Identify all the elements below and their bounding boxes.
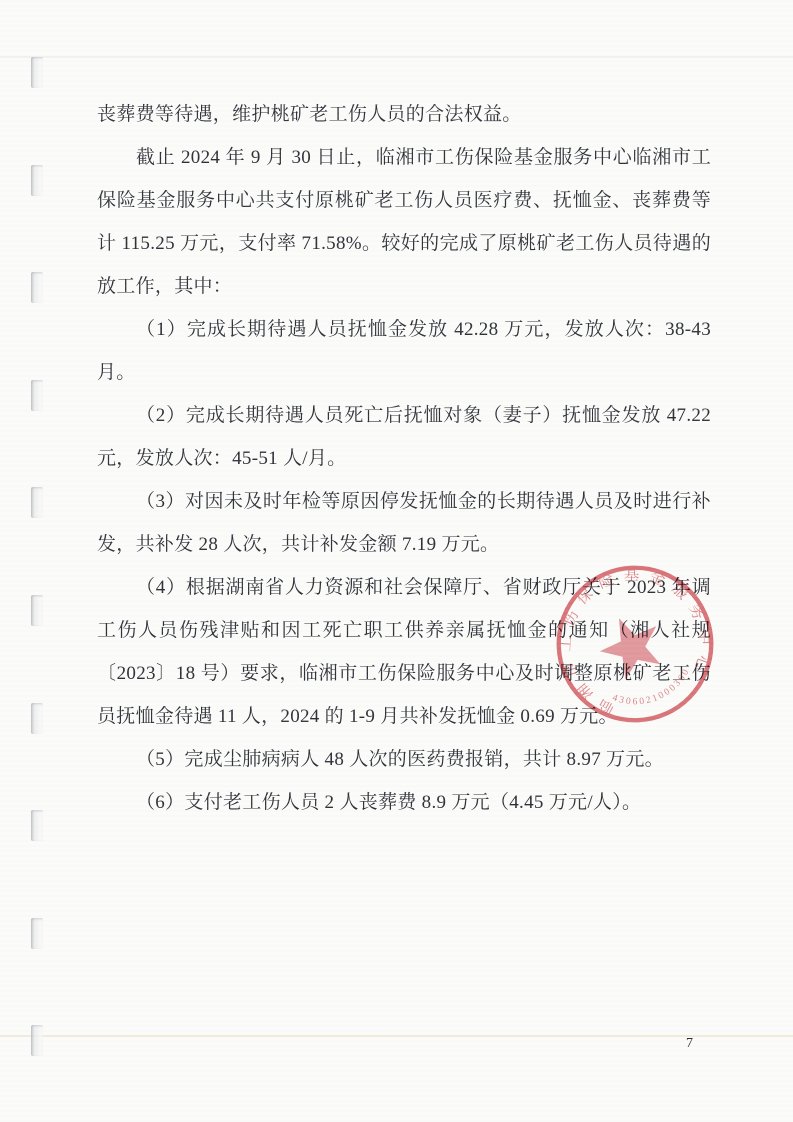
document-text: 丧葬费等待遇，维护桃矿老工伤人员的合法权益。截止 2024 年 9 月 30 日… [97,93,711,824]
page: 丧葬费等待遇，维护桃矿老工伤人员的合法权益。截止 2024 年 9 月 30 日… [0,0,793,1122]
text-line: （3）对因未及时年检等原因停发抚恤金的长期待遇人员及时进行补 [97,480,711,523]
text-line: （4）根据湖南省人力资源和社会保障厅、省财政厅关于 2023 年调整 [97,566,711,609]
scan-artifact-line [0,1035,793,1037]
binding-hole [31,380,43,411]
text-line: 月。 [97,351,711,394]
text-line: 工伤人员伤残津贴和因工死亡职工供养亲属抚恤金的通知（湘人社规 [97,609,711,652]
text-line: 员抚恤金待遇 11 人，2024 的 1-9 月共补发抚恤金 0.69 万元。 [97,695,711,738]
text-line: 保险基金服务中心共支付原桃矿老工伤人员医疗费、抚恤金、丧葬费等共 [97,179,711,222]
page-number: 7 [686,1036,693,1052]
binding-hole [31,595,43,626]
binding-hole [31,703,43,734]
text-line: （5）完成尘肺病病人 48 人次的医药费报销，共计 8.97 万元。 [97,738,711,781]
binding-hole [31,487,43,518]
text-line: （1）完成长期待遇人员抚恤金发放 42.28 万元，发放人次：38-43 人/ [97,308,711,351]
text-line: 截止 2024 年 9 月 30 日止，临湘市工伤保险基金服务中心临湘市工伤 [97,136,711,179]
text-line: 元，发放人次：45-51 人/月。 [97,437,711,480]
text-line: （6）支付老工伤人员 2 人丧葬费 8.9 万元（4.45 万元/人）。 [97,781,711,824]
binding-hole [31,57,43,88]
text-line: 计 115.25 万元，支付率 71.58%。较好的完成了原桃矿老工伤人员待遇的… [97,222,711,265]
text-line: 放工作，其中： [97,265,711,308]
text-line: 丧葬费等待遇，维护桃矿老工伤人员的合法权益。 [97,93,711,136]
text-line: 〔2023〕18 号）要求，临湘市工伤保险服务中心及时调整原桃矿老工伤人 [97,652,711,695]
text-line: 发，共补发 28 人次，共计补发金额 7.19 万元。 [97,523,711,566]
binding-hole [31,165,43,196]
binding-hole [31,272,43,303]
binding-hole [31,918,43,949]
scan-artifact-line [0,56,793,58]
binding-hole [31,1025,43,1056]
binding-hole [31,810,43,841]
text-line: （2）完成长期待遇人员死亡后抚恤对象（妻子）抚恤金发放 47.22 万 [97,394,711,437]
